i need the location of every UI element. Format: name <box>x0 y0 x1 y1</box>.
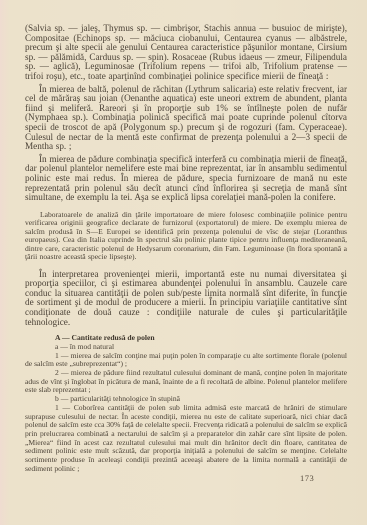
outline-list: A — Cantitate redusă de polen a — în mod… <box>25 334 347 473</box>
paragraph-miere-de-padure: În mierea de pădure combinaţia specifică… <box>25 155 347 203</box>
list-item-miere-padure-mana: 2 — mierea de pădure fiind rezultatul cu… <box>25 369 347 395</box>
book-page: (Salvia sp. — jaleş, Thymus sp. — cimbri… <box>0 0 367 525</box>
page-number: 173 <box>300 473 314 483</box>
list-item-salcim-subreprezentat: 1 — mierea de salcîm conţine mai puţin p… <box>25 352 347 369</box>
list-item-coborirea-cantitatii: 1 — Coborîrea cantităţii de polen sub li… <box>25 404 347 474</box>
paragraph-interpretare-provenienta: În interpretarea provenienţei mierii, im… <box>25 270 347 328</box>
paragraph-flora-continuation: (Salvia sp. — jaleş, Thymus sp. — cimbri… <box>25 24 347 82</box>
text-block: (Salvia sp. — jaleş, Thymus sp. — cimbri… <box>25 24 347 474</box>
paragraph-miere-de-balta: În mierea de baltă, polenul de răchitan … <box>25 85 347 152</box>
paragraph-laboratoare-small-print: Laboratoarele de analiză din ţările impo… <box>25 211 347 262</box>
